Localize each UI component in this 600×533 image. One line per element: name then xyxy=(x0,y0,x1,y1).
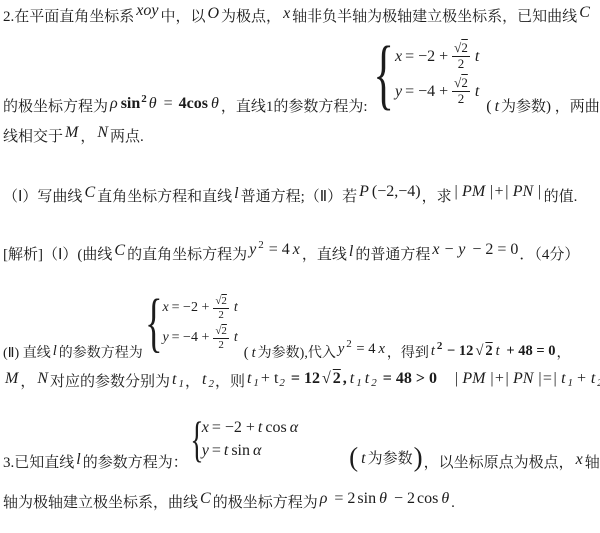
answer-text: (Ⅱ) 直线 xyxy=(3,346,51,361)
q2-text: 两点. xyxy=(110,129,144,145)
q2-questions-line: （Ⅰ）写曲线C直角坐标方程和直线l普通方程;（Ⅱ）若P(−2,−4)，求| PM… xyxy=(3,186,577,208)
math-exponent: 2 xyxy=(346,338,352,350)
subscript-1: 1 xyxy=(568,377,574,389)
q3-text: 3.已知直线 xyxy=(3,455,74,471)
radicand: 2 xyxy=(461,75,468,90)
sqrt-sign: √ xyxy=(322,370,331,387)
q3-text: 轴为极轴建立极坐标系，曲线 xyxy=(3,495,198,511)
math-eq48: = 48 > 0 xyxy=(379,370,437,387)
paren-left: ( xyxy=(244,345,249,361)
math-line-eq: x − y − 2 = 0 xyxy=(430,241,519,258)
math-rho: ρ xyxy=(320,490,328,507)
math-vieta-equation: t1+ t2 = 12√2,t1t2 = 48 > 0 xyxy=(245,370,438,387)
math-eq2: = 2 xyxy=(330,490,355,507)
math-C: C xyxy=(114,242,125,259)
math-rho: ρ xyxy=(110,95,118,112)
q2-intersect-line: 线相交于M，N两点. xyxy=(3,126,144,148)
math-t: t xyxy=(258,419,262,437)
math-plus48: + 48 = 0 xyxy=(503,343,556,359)
fraction-sqrt2-over-2: √22 xyxy=(213,295,229,321)
math-plus-t: + t xyxy=(261,370,278,387)
q3-text: 为参数 xyxy=(368,451,413,467)
q3-param-note: (t为参数) xyxy=(348,447,423,468)
answer-part2-line: (Ⅱ) 直线l的参数方程为 { x = −2 + √22t y = −4 + √… xyxy=(3,294,570,362)
math-t: t xyxy=(172,371,176,388)
math-rhs: = −2 + xyxy=(172,300,210,316)
answer-vieta-line: M，N对应的参数分别为t1，t2，则t1+ t2 = 12√2,t1t2 = 4… xyxy=(3,371,600,394)
answer-text: 的参数方程为 xyxy=(59,346,143,361)
math-P: P xyxy=(359,183,369,200)
math-theta: θ xyxy=(149,95,157,112)
math-N: N xyxy=(37,370,48,387)
math-t: t xyxy=(224,442,228,460)
math-theta: θ xyxy=(211,95,219,112)
fraction-numerator: √2 xyxy=(452,76,470,92)
ans2-parametric-system: { x = −2 + √22t y = −4 + √22t xyxy=(145,290,240,356)
answer-text: [解析]（Ⅰ）(曲线 xyxy=(3,247,112,263)
subscript-1: 1 xyxy=(356,377,362,389)
math-minus2: − 2 xyxy=(390,490,415,507)
math-parabola-eq: y2 = 4x xyxy=(336,340,387,357)
subscript-1: 1 xyxy=(253,377,259,389)
q2-text: 的值. xyxy=(544,189,578,205)
math-cos: cos xyxy=(265,419,286,437)
fraction-denominator: 2 xyxy=(213,309,229,322)
q2-text: 为极点， xyxy=(221,9,281,25)
math-rhs: = −4 + xyxy=(172,330,210,346)
answer-part1-line: [解析]（Ⅰ）(曲线C的直角坐标方程为y2 = 4x，直线l的普通方程x − y… xyxy=(3,244,579,267)
math-t: t xyxy=(202,371,206,388)
q3-polar-line: 轴为极轴建立极坐标系，曲线C的极坐标方程为ρ = 2sinθ − 2cosθ. xyxy=(3,492,455,514)
q3-tail-text: ，以坐标原点为极点，x轴的正半 xyxy=(424,451,600,472)
math-theta: θ xyxy=(379,490,387,507)
fraction-sqrt2-over-2: √22 xyxy=(452,41,470,72)
math-abs-sum: | PM |+| PN | xyxy=(454,183,542,200)
math-abs-chain: | PM |+| PN |=| t xyxy=(454,370,566,387)
math-exponent: 2 xyxy=(258,239,264,251)
radicand: 2 xyxy=(333,370,341,387)
math-plus-t: + t xyxy=(576,370,595,387)
q3-text: 的参数方程为： xyxy=(83,455,188,471)
q2-text: （Ⅰ）写曲线 xyxy=(3,189,82,205)
sqrt-sign: √ xyxy=(475,343,483,359)
q2-param-note: (t为参数) ，两曲 xyxy=(485,95,600,116)
math-polar-equation: ρ = 2sinθ − 2cosθ xyxy=(318,490,451,507)
q2-text: 轴非负半轴为极轴建立极坐标系，已知曲线 xyxy=(292,9,577,25)
fraction-numerator: √2 xyxy=(452,41,470,57)
q2-equation-line: 的极坐标方程为ρsin2θ = 4cosθ，直线1的参数方程为: { x = −… xyxy=(3,40,600,116)
answer-text: 为参数),代入 xyxy=(258,346,336,361)
math-N: N xyxy=(97,124,108,141)
math-t: t xyxy=(496,343,500,359)
subscript-1: 1 xyxy=(178,378,184,390)
system-eq-x: x = −2 + tcosα xyxy=(200,416,300,439)
math-point-P: P(−2,−4) xyxy=(357,183,421,200)
q2-text: ，求 xyxy=(422,189,452,205)
system-rows: x = −2 + √22t y = −4 + √22t xyxy=(393,39,481,109)
q2-text: 2.在平面直角坐标系 xyxy=(3,9,134,25)
system-rows: x = −2 + √22t y = −4 + √22t xyxy=(160,293,239,353)
paren-right-big: ) xyxy=(414,442,423,472)
math-x: x xyxy=(283,5,290,22)
math-theta: θ xyxy=(441,490,449,507)
paren-left-big: ( xyxy=(349,442,358,472)
system-eq-y: y = −4 + √22t xyxy=(393,74,481,109)
answer-text: 对应的参数分别为 xyxy=(50,374,170,390)
system-rows: x = −2 + tcosα y = tsinα xyxy=(200,416,300,462)
math-t: t xyxy=(475,83,479,101)
math-x: x xyxy=(576,451,583,468)
math-exponent: 2 xyxy=(437,340,443,352)
q2-text: 为参数) ，两曲 xyxy=(501,99,600,115)
math-y: y xyxy=(162,330,168,346)
ans2-lead-text: (Ⅱ) 直线l的参数方程为 xyxy=(3,342,143,362)
q3-intro-line: 3.已知直线l的参数方程为： { x = −2 + tcosα y = tsin… xyxy=(3,424,600,472)
math-exponent: 2 xyxy=(141,93,147,105)
math-y: y xyxy=(338,341,344,357)
system-brace: { xyxy=(373,35,394,113)
math-t: t xyxy=(234,300,238,316)
math-y: y xyxy=(249,241,256,258)
math-t2: t2 xyxy=(200,371,215,388)
math-coords: (−2,−4) xyxy=(372,183,421,200)
math-t: t xyxy=(252,345,256,361)
polar-equation: ρsin2θ = 4cosθ xyxy=(108,95,221,112)
paren-left: ( xyxy=(486,98,491,115)
math-t: t xyxy=(495,98,499,115)
math-C: C xyxy=(84,184,95,201)
math-t: t xyxy=(350,370,354,387)
fraction-numerator: √2 xyxy=(213,295,229,309)
fraction-numerator: √2 xyxy=(213,325,229,339)
math-rhs: = xyxy=(212,442,221,460)
radicand: 2 xyxy=(221,325,227,337)
math-alpha: α xyxy=(253,442,261,460)
q3-parametric-system: { x = −2 + tcosα y = tsinα xyxy=(192,414,300,464)
ans2-substitute-text: (t为参数),代入y2 = 4x，得到t2 − 12√2t + 48 = 0， xyxy=(243,342,571,362)
math-rhs: = −2 + xyxy=(212,419,255,437)
q3-text: ，以坐标原点为极点， xyxy=(424,455,574,471)
comma: , xyxy=(343,370,347,387)
fraction-denominator: 2 xyxy=(213,339,229,352)
worksheet-page: 2.在平面直角坐标系xoy中，以O为极点，x轴非负半轴为极轴建立极坐标系，已知曲… xyxy=(0,0,600,533)
system-eq-x: x = −2 + √22t xyxy=(160,293,239,323)
math-rhs: = −4 + xyxy=(405,83,448,101)
radicand: 2 xyxy=(461,40,468,55)
answer-text: ， xyxy=(556,346,570,361)
math-l: l xyxy=(234,185,238,202)
q2-text: 线相交于 xyxy=(3,129,63,145)
math-sin: sin xyxy=(231,442,250,460)
math-t: t xyxy=(365,370,369,387)
math-M: M xyxy=(65,124,78,141)
math-quadratic-eq: t2 − 12√2t + 48 = 0 xyxy=(429,342,557,359)
period: . xyxy=(451,495,455,511)
radicand: 2 xyxy=(485,343,492,359)
answer-text: ，得到 xyxy=(387,346,429,361)
math-t1: t1 xyxy=(170,371,185,388)
q2-parametric-system: { x = −2 + √22t y = −4 + √22t xyxy=(372,35,482,113)
math-y: y xyxy=(395,83,402,101)
q2-text: ，直线1的参数方程为: xyxy=(221,99,368,115)
math-t: t xyxy=(431,343,435,359)
fraction-sqrt2-over-2: √22 xyxy=(452,76,470,107)
subscript-2: 2 xyxy=(371,377,377,389)
math-rhs: = −2 + xyxy=(405,48,448,66)
math-eq12: = 12 xyxy=(287,370,320,387)
math-l: l xyxy=(76,451,80,468)
q2-text: 直角坐标方程和直线 xyxy=(97,189,232,205)
math-x: x xyxy=(378,341,384,357)
math-t: t xyxy=(234,330,238,346)
q2-text: 普通方程;（Ⅱ）若 xyxy=(241,189,358,205)
math-eq4: = 4 xyxy=(353,341,376,357)
comma: ， xyxy=(80,129,95,145)
math-x: x xyxy=(162,300,168,316)
system-brace: { xyxy=(145,290,162,356)
math-sin: sin xyxy=(121,95,141,112)
math-l: l xyxy=(53,343,57,359)
subscript-2: 2 xyxy=(208,378,214,390)
math-4cos: 4cos xyxy=(179,95,208,112)
math-eq4: = 4 xyxy=(265,241,290,258)
math-x: x xyxy=(293,241,300,258)
radicand: 2 xyxy=(221,295,227,307)
fraction-denominator: 2 xyxy=(452,57,470,72)
comma: ， xyxy=(20,374,35,390)
math-t: t xyxy=(475,48,479,66)
q2-intro-line: 2.在平面直角坐标系xoy中，以O为极点，x轴非负半轴为极轴建立极坐标系，已知曲… xyxy=(3,6,592,28)
math-minus12: − 12 xyxy=(443,343,473,359)
math-x-minus-y: x − y xyxy=(432,241,465,258)
math-t: t xyxy=(361,450,365,467)
system-brace: { xyxy=(190,414,203,464)
math-result-chain: | PM |+| PN |=| t1+ t2|= 12√2 xyxy=(452,370,600,387)
math-sin: sin xyxy=(357,490,376,507)
math-x: x xyxy=(395,48,402,66)
q3-text: 轴的正半 xyxy=(585,455,600,471)
q3-text: 的极坐标方程为 xyxy=(213,495,318,511)
math-equals: = xyxy=(160,95,177,112)
answer-text: 的普通方程 xyxy=(355,247,430,263)
math-parabola-eq: y2 = 4x xyxy=(247,241,302,258)
math-l: l xyxy=(349,243,353,260)
q2-polar-equation-text: 的极坐标方程为ρsin2θ = 4cosθ，直线1的参数方程为: xyxy=(3,95,368,116)
math-rest: − 2 = 0 xyxy=(468,241,518,258)
math-C: C xyxy=(200,490,211,507)
system-eq-y: y = tsinα xyxy=(200,439,300,462)
math-M: M xyxy=(5,370,18,387)
fraction-denominator: 2 xyxy=(452,92,470,107)
system-eq-y: y = −4 + √22t xyxy=(160,323,239,353)
fraction-sqrt2-over-2: √22 xyxy=(213,325,229,351)
q2-text: 中，以 xyxy=(160,9,205,25)
answer-text: ，则 xyxy=(215,374,245,390)
math-t: t xyxy=(247,370,251,387)
subscript-2: 2 xyxy=(279,377,285,389)
math-C: C xyxy=(579,4,590,21)
math-O: O xyxy=(207,5,219,22)
q3-lead-text: 3.已知直线l的参数方程为： xyxy=(3,451,188,472)
system-eq-x: x = −2 + √22t xyxy=(393,39,481,74)
math-xoy: xoy xyxy=(136,2,158,19)
math-cos: cos xyxy=(417,490,438,507)
math-alpha: α xyxy=(290,419,298,437)
answer-text: ，直线 xyxy=(302,247,347,263)
q2-text: 的极坐标方程为 xyxy=(3,99,108,115)
answer-text: ．（4分） xyxy=(519,247,579,263)
answer-text: 的直角坐标方程为 xyxy=(127,247,247,263)
comma: ， xyxy=(185,374,200,390)
